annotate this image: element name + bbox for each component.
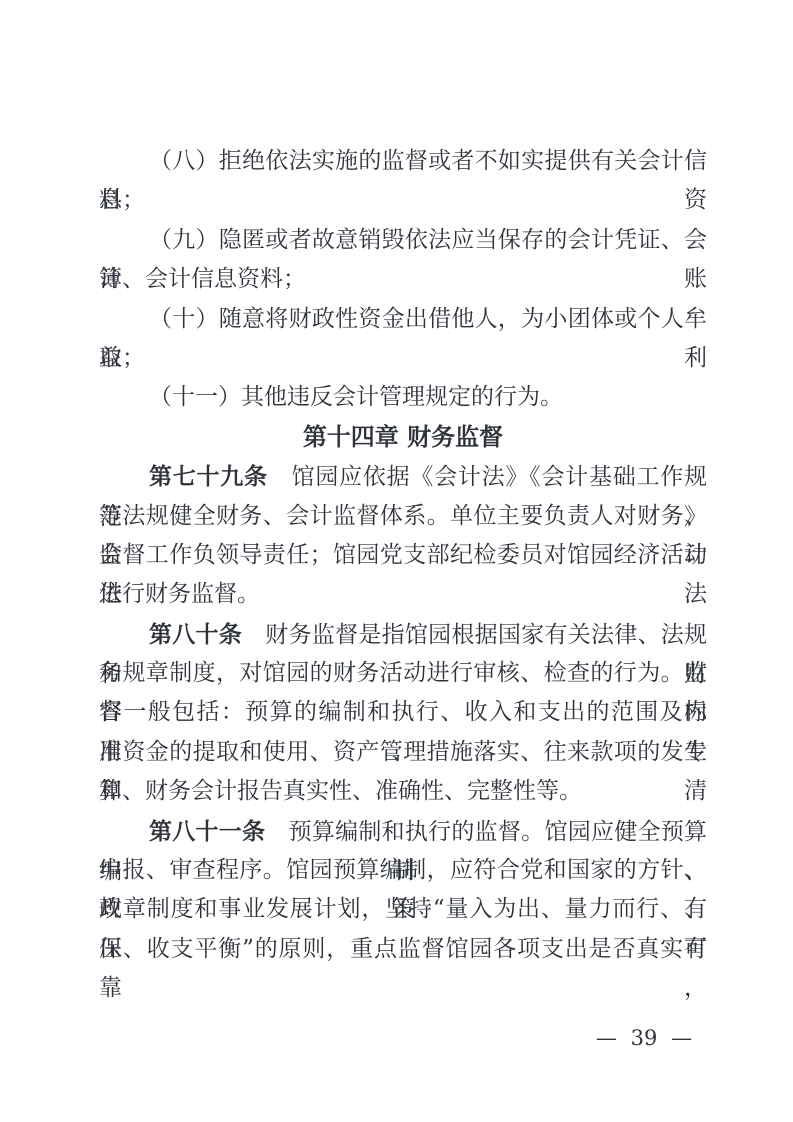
- text-segment: （八）拒绝依法实施的监督或者不如实提供有关会计信息资: [99, 148, 707, 213]
- text-segment: （十一）其他违反会计管理规定的行为。: [149, 384, 563, 410]
- text-line: （九）隐匿或者故意销毁依法应当保存的会计凭证、会计账: [99, 221, 707, 260]
- document-content: （八）拒绝依法实施的监督或者不如实提供有关会计信息资料；（九）隐匿或者故意销毁依…: [99, 142, 707, 969]
- article-number: 第七十九条: [149, 463, 268, 490]
- text-line: （八）拒绝依法实施的监督或者不如实提供有关会计信息资: [99, 142, 707, 181]
- text-segment: 进行财务监督。: [99, 581, 260, 607]
- text-line: 等法规健全财务、会计监督体系。单位主要负责人对财务、会计: [99, 497, 707, 536]
- text-line: 用资金的提取和使用、资产管理措施落实、往来款项的发生和清: [99, 733, 707, 772]
- chapter-heading: 第十四章 财务监督: [99, 418, 707, 457]
- page-number: — 39 —: [596, 1026, 692, 1050]
- text-line: 容一般包括：预算的编制和执行、收入和支出的范围及标准、专: [99, 693, 707, 732]
- text-segment: 簿、会计信息资料；: [99, 266, 306, 292]
- text-line: 申报、审查程序。馆园预算编制，应符合党和国家的方针、政策、: [99, 851, 707, 890]
- article-number: 第八十条: [149, 621, 242, 648]
- document-page: （八）拒绝依法实施的监督或者不如实提供有关会计信息资料；（九）隐匿或者故意销毁依…: [0, 0, 793, 1122]
- text-line: 务规章制度，对馆园的财务活动进行审核、检查的行为。监督内: [99, 654, 707, 693]
- text-segment: 压、收支平衡”的原则，重点监督馆园各项支出是否真实可靠，: [99, 936, 707, 1001]
- text-segment: （十）随意将财政性资金出借他人，为小团体或个人牟取利: [99, 306, 707, 371]
- text-segment: 料；: [99, 187, 145, 213]
- article-number: 第八十一条: [149, 818, 265, 845]
- text-segment: 益；: [99, 345, 145, 371]
- text-line: （十一）其他违反会计管理规定的行为。: [99, 378, 707, 417]
- text-line: 监督工作负领导责任；馆园党支部纪检委员对馆园经济活动依法: [99, 536, 707, 575]
- article-number: 第十四章 财务监督: [303, 423, 503, 451]
- text-line: （十）随意将财政性资金出借他人，为小团体或个人牟取利: [99, 300, 707, 339]
- text-line: 压、收支平衡”的原则，重点监督馆园各项支出是否真实可靠，: [99, 930, 707, 969]
- text-line: 第八十条 财务监督是指馆园根据国家有关法律、法规和财: [99, 615, 707, 654]
- text-segment: 算、财务会计报告真实性、准确性、完整性等。: [99, 778, 582, 804]
- text-line: 第七十九条 馆园应依据《会计法》《会计基础工作规范》: [99, 457, 707, 496]
- text-line: 第八十一条 预算编制和执行的监督。馆园应健全预算编制、: [99, 812, 707, 851]
- text-line: 规章制度和事业发展计划，坚持“量入为出、量力而行、有保有: [99, 890, 707, 929]
